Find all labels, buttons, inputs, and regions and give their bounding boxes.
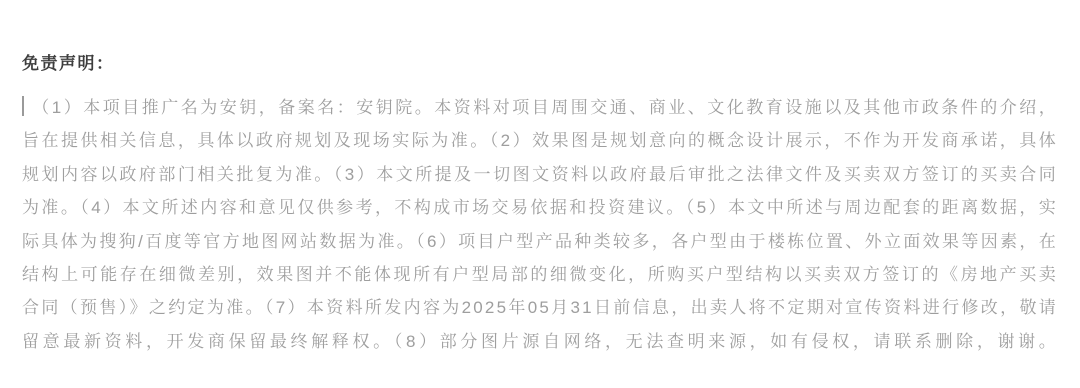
text-cursor [22, 96, 24, 116]
disclaimer-body-text: （1）本项目推广名为安钥，备案名：安钥院。本资料对项目周围交通、商业、文化教育设… [22, 98, 1058, 351]
disclaimer-title: 免责声明： [22, 53, 1058, 75]
disclaimer-page: 免责声明： （1）本项目推广名为安钥，备案名：安钥院。本资料对项目周围交通、商业… [0, 0, 1080, 388]
disclaimer-paragraph: （1）本项目推广名为安钥，备案名：安钥院。本资料对项目周围交通、商业、文化教育设… [22, 91, 1058, 358]
